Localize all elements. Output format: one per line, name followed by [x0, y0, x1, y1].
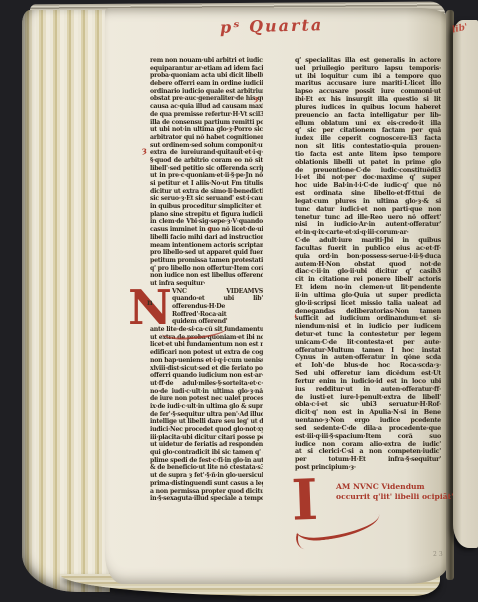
text-line: lapso accusare possit iure commoni·ut	[295, 88, 441, 96]
text-line: causa ac·quia illud ad causam maxime	[150, 103, 263, 111]
text-line: licet·et ubi fundamentum non est nec	[150, 341, 263, 349]
text-line: edificari non potest ut extra de cogn·	[150, 349, 263, 357]
text-line: C·de adult·iure mariti·Jbi in quibus	[295, 237, 441, 245]
text-line: q' pro libello non offertur·Item corã	[150, 265, 263, 273]
text-line: glo·ii·scripsi licet missio talia ualeat…	[295, 300, 441, 308]
book-scan: { "page": { "running_title": "pˢ Quarta"…	[0, 0, 478, 602]
left-column: rem non nouam·ubi arbitri et iudicisequi…	[150, 57, 263, 503]
text-line: AM NVNC Videndum	[336, 482, 448, 492]
text-line: offeratur·Multum tamen I hoc instat	[295, 347, 441, 355]
text-line: & de beneficio·ut lite nõ ctestata·s3 p9	[150, 464, 263, 472]
nunc-videamus-lines: VNC VIDEAMVSquando·et ubi lib'offerendus…	[172, 288, 263, 326]
text-line: legat·cum plures in ultima glo·ȝ·& si	[295, 198, 441, 206]
text-line: occurrit q'lit' libelli ocipiãt'	[336, 492, 448, 502]
text-line: arbitrator qui nõ habet cognitionem	[150, 134, 263, 142]
text-line: meam intentionem actoris scriptam	[150, 242, 263, 250]
text-line: ut·ff·de adul·miles·§·sorteita·et·c·	[150, 380, 263, 388]
right-column-text: q' specialitas illa est generalis in act…	[295, 57, 441, 472]
text-line: equiparantur ar·etiam ad idem facit	[150, 65, 263, 73]
right-column: q' specialitas illa est generalis in act…	[295, 57, 441, 472]
text-line: pro libello·sed ut apparet quid fuerit	[150, 249, 263, 257]
text-line: de preuentione·C·de iudic·constituẽdi3	[295, 167, 441, 175]
text-line: intellige ut libelli dare seu leg' ut de…	[150, 418, 263, 426]
text-line: tio facta est ante litem ipso tempore	[295, 151, 441, 159]
text-line: autem·H·Non obstat quod not·de	[295, 261, 441, 269]
text-line: si petitur et I aliis·No·ut Fm titulis	[150, 180, 263, 188]
text-line: Roffred'·Roca·ait	[172, 311, 263, 319]
drop-cap-i: I	[291, 473, 337, 544]
text-line: ut in pre·c·quoniam·et·ii·§·pe·Jn nõ	[150, 172, 263, 180]
text-line: non sit litis contestatio·quia prouen-	[295, 143, 441, 151]
text-line: obstat pre·auc·generaliter·de his que	[150, 95, 263, 103]
text-line: plures iudices in quibus locum haberet	[295, 104, 441, 112]
text-line: iudice non coram alio·extra de iudic'	[295, 441, 441, 449]
text-line: denegandas deliberatorias·Non tamen	[295, 308, 441, 316]
text-line: ius redditur·ut in auten·offeratur·ff·	[295, 386, 441, 394]
text-line: unicam·C·de lit·contesta·et per aute·	[295, 339, 441, 347]
rubrication-mark: ȝ	[142, 145, 147, 155]
text-line: nisi in iudicio·Ar·in autent·offeratur'	[295, 221, 441, 229]
text-line: ordinario iudicio quale est arbitrium	[150, 88, 263, 96]
text-line: uentano·ȝ·Non ergo iudice pcedente	[295, 417, 441, 425]
text-line: de qua premisse refertur·H·Vt scil3	[150, 111, 263, 119]
text-line: ii·in ultima glo·Quia ut super predicta	[295, 292, 441, 300]
text-line: in clem·de Vbi·sig·sepe·ȝ·V·quando	[150, 218, 263, 226]
text-line: §·quod de arbitrio coram eo nõ sit	[150, 157, 263, 165]
text-line: illa de consensu partium remitti posse	[150, 119, 263, 127]
text-line: Cynus in auten·offeratur in qõne scda	[295, 354, 441, 362]
text-line: facultas fuerit in publico eius ac·et·ff…	[295, 245, 441, 253]
text-line: offerri quando iudicium non est·ar·	[150, 372, 263, 380]
text-line: VNC VIDEAMVS	[172, 288, 263, 296]
text-line: ix·de iudi·c·ult·in ultima glo & supra	[150, 403, 263, 411]
text-line: in·§·sexaguta·illud speciale a tempore	[150, 495, 263, 503]
text-line: qui glo·contradicit ibi sic tamen q' est	[150, 449, 263, 457]
text-line: l·i·et ibi not·per doc·maxime q' super	[295, 174, 441, 182]
text-line: prima·distinguendi sunt casus a lege	[150, 480, 263, 488]
nunc-videamus-paragraph: N n VNC VIDEAMVSquando·et ubi lib'offere…	[150, 288, 263, 326]
left-column-pre-initial-text: rem non nouam·ubi arbitri et iudicisequi…	[150, 57, 263, 288]
text-line: ut ubi not·in ultima glo·ȝ·Porro sic	[150, 126, 263, 134]
text-line: sufficit ad iudicium ordinandum·et si-	[295, 315, 441, 323]
text-line: casus imminet in quo nõ licet·de·uia	[150, 226, 263, 234]
text-line: at si clerici·C·si a non competen·iudic'	[295, 448, 441, 456]
text-line: plano sine strepitu et figura iudicii ut	[150, 211, 263, 219]
text-line: uel priuilegio perituro lapsu temporis·	[295, 65, 441, 73]
text-line: hoc uide Bal·in·l·i·C·de iudic·q' que nõ	[295, 182, 441, 190]
text-line: in quibus proceditur simpliciter et de	[150, 203, 263, 211]
text-line: de iusti·et iure·l·penult·extra de libel…	[295, 394, 441, 402]
text-line: preuencio an facta intelligatur per lib-	[295, 112, 441, 120]
text-line: est·iii·q·iii·§·spacium·Item corã suo	[295, 433, 441, 441]
text-line: non bap·ueniens et·i·q·i·cum uenisset	[150, 357, 263, 365]
text-line: sic seruo·ȝ·Et sic seruand' est·i·causa	[150, 195, 263, 203]
text-line: Et idem no·in clemen·ut lit·pendente	[295, 284, 441, 292]
rubrication-mark: ȝ	[254, 94, 258, 103]
text-line: ellum oblatum uni ex eis·credo·it illa	[295, 120, 441, 128]
text-line: q' sic per citationem factam per quã	[295, 127, 441, 135]
text-line: quando·et ubi lib'	[172, 295, 263, 303]
text-line: maritus accusare iure mariti·L·licet ill…	[295, 80, 441, 88]
text-line: dicit·q' non est in Apulia·N·si in Bene	[295, 409, 441, 417]
iam-nunc-rubric-paragraph: I AM NVNC Videndumoccurrit q'lit' libell…	[292, 474, 448, 544]
text-line: xlviii·dist·sicut·sed et die feriato pot…	[150, 365, 263, 373]
text-line: et Ioh'·de blus·de hoc Roca·scda·ȝ·	[295, 362, 441, 370]
text-line: ut ibi loquitur cum ibi a tempore quo	[295, 73, 441, 81]
text-line: niendum·nisi et in iudicio per iudicem	[295, 323, 441, 331]
text-line: dicitur ut extra de simo·li·benedicti	[150, 188, 263, 196]
book-fore-edge	[22, 10, 110, 592]
text-line: iudici·Nec procedet quod glo·not·xy	[150, 426, 263, 434]
text-line: Sed ubi offeretur iam dicẽdum est·Ut	[295, 370, 441, 378]
text-line: oblationis libelli ut patet in prime glo	[295, 159, 441, 167]
drop-cap-n-letter: N	[128, 280, 172, 336]
text-line: diac·c·ii·in glo·ii·ubi dicitur q' casib…	[295, 268, 441, 276]
text-line: detur·et tunc la contestetur per legem	[295, 331, 441, 339]
text-line: iudex ille ceperit cognoscere·li3 facta	[295, 135, 441, 143]
text-line: tenetur tunc ad ille·Reo uero nõ offert'	[295, 214, 441, 222]
text-line: cit in citatione rei ponere libell' acto…	[295, 276, 441, 284]
text-line: libelli facio mihi dari ad instructionẽ	[150, 234, 263, 242]
text-line: plime spedi de fest·c·fi·in glo·in aut'	[150, 457, 263, 465]
text-line: ibi·Et ex his insurgit illa questio si l…	[295, 96, 441, 104]
text-line: proba·quoniam acta ubi dicit libellũ	[150, 72, 263, 80]
text-line: de fer'·§·sequitur ultra pen'·Ad illud	[150, 411, 263, 419]
text-line: rem non nouam·ubi arbitri et iudicis	[150, 57, 263, 65]
text-line: fertur enim in iudicio·id est in loco ub…	[295, 378, 441, 386]
text-line: no·de iudi·c·ult·in ultima glo·ȝ·nã	[150, 388, 263, 396]
text-line: debere offerri eam in ordine iudicii et	[150, 80, 263, 88]
text-line: q' specialitas illa est generalis in act…	[295, 57, 441, 65]
text-line: tunc datur iudici·et non parti·que non	[295, 206, 441, 214]
text-line: sed sedente·C·de dila·a procedente·que	[295, 425, 441, 433]
text-line: de iure non potest nec ualet processus	[150, 395, 263, 403]
text-line: extra de iureiurand·quitauit·et·i·q·	[150, 149, 263, 157]
text-line: per totum·H·Et infra·§·sequitur'	[295, 456, 441, 464]
text-line: est ordinata sine libello·et·ff·ttui de	[295, 190, 441, 198]
text-line: ut de supra ȝ fet'·§·ñ·in glo·uersiculo	[150, 472, 263, 480]
text-line: libell'·sed petitio sic offerenda script…	[150, 165, 263, 173]
rubrication-mark: ȝ	[208, 224, 212, 233]
text-line: quidem offerend'	[172, 318, 263, 326]
running-title: pˢ Quarta	[220, 14, 360, 37]
text-line: a non permissa propter quod dicitur	[150, 488, 263, 496]
pencil-folio-number: 23	[433, 551, 445, 558]
drop-cap-n: N n	[128, 288, 172, 326]
text-line: obla·c·i·et sic ubi3 seruatur·H·Rof·	[295, 401, 441, 409]
text-line: et·in·q·ix·carte·et·xi·q·iii·corum·ar·	[295, 229, 441, 237]
text-line: petitum promissa tamen protestatiõe	[150, 257, 263, 265]
text-line: quia ord·in bon·possess·serue·l·ii·§·duc…	[295, 253, 441, 261]
left-column-post-initial-text: ante lite·de·si·ca·cũ sit fundamentumut …	[150, 326, 263, 503]
next-page-sliver	[453, 20, 478, 548]
text-line: sut ordinem·sed solum componit·ut	[150, 142, 263, 150]
text-line: offerendus·H·De	[172, 303, 263, 311]
text-line: iii·placita·ubi dicitur citari posse pet…	[150, 434, 263, 442]
text-line: ut uidetur de feriatis ad respondend'	[150, 441, 263, 449]
guide-letter-n: n	[147, 298, 153, 306]
